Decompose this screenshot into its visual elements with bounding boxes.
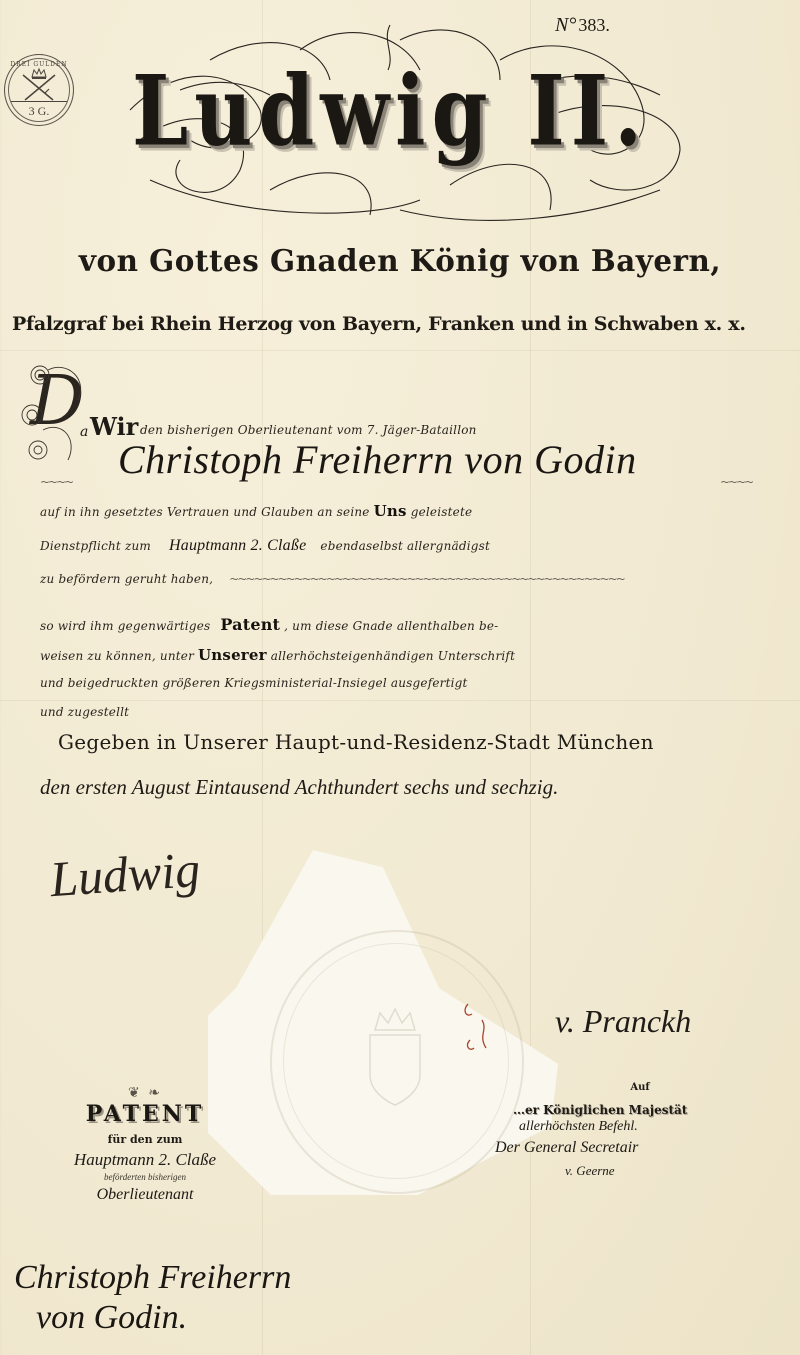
line3-text-a: auf in ihn gesetztes Vertrauen und Glaub…	[40, 505, 370, 519]
patent-word: Patent	[220, 615, 280, 634]
majestat-line: …er Königlichen Majestät	[513, 1103, 725, 1117]
line3-text-b: geleistete	[411, 505, 473, 519]
docket-line-1: für den zum	[30, 1133, 260, 1146]
date-line: den ersten August Eintausend Achthundert…	[40, 775, 558, 800]
fold-line	[0, 700, 800, 701]
docket-line-4: Oberlieutenant	[30, 1186, 260, 1204]
recipient-name: Christoph Freiherrn von Godin	[118, 436, 637, 483]
ornament-icon: ❦ ❧	[30, 1085, 260, 1101]
minister-signature: v. Pranckh	[555, 1003, 691, 1040]
body-line-5: zu befördern geruht haben, ~~~~~~~~~~~~~…	[40, 572, 624, 586]
fold-line	[0, 350, 800, 351]
stamp-divider	[11, 101, 67, 102]
red-ink-marks-icon	[460, 1000, 500, 1070]
name-ornament-left: ~~~~	[40, 475, 72, 489]
line6-text-a: so wird ihm gegenwärtiges	[40, 619, 210, 633]
stamp-value: 3 G.	[5, 104, 73, 119]
uns-word: Uns	[374, 502, 407, 520]
line6-text-b: , um diese Gnade allenthalben be-	[284, 619, 498, 633]
king-signature: Ludwig	[48, 840, 202, 908]
docket-name-line-2: von Godin.	[36, 1298, 291, 1338]
docket-title: PATENT	[30, 1101, 260, 1127]
docket-block: ❦ ❧ PATENT für den zum Hauptmann 2. Claß…	[30, 1085, 260, 1204]
line4-text-b: ebendaselbst allergnädigst	[320, 539, 490, 553]
body-line-7: weisen zu können, unter Unserer allerhöc…	[40, 646, 515, 664]
line7-text-b: allerhöchsteigenhändigen Unterschrift	[271, 649, 515, 663]
secretary-line: Der General Secretair	[495, 1139, 725, 1157]
secretary-signature: v. Geerne	[565, 1163, 725, 1179]
crown-crossed-swords-icon	[19, 67, 59, 101]
royal-style-line: von Gottes Gnaden König von Bayern,	[8, 244, 792, 279]
auf-label: Auf	[555, 1082, 725, 1093]
docket-name-line-1: Christoph Freiherrn	[14, 1258, 291, 1298]
unserer-word: Unserer	[198, 646, 267, 664]
initial-flourish-icon	[18, 360, 98, 470]
given-at-line: Gegeben in Unserer Haupt-und-Residenz-St…	[58, 730, 654, 754]
royal-titles-line: Pfalzgraf bei Rhein Herzog von Bayern, F…	[12, 313, 746, 335]
body-line-1: den bisherigen Oberlieutenant vom 7. Jäg…	[140, 423, 477, 437]
body-line-9: und zugestellt	[40, 705, 129, 719]
body-line-6: so wird ihm gegenwärtiges Patent , um di…	[40, 615, 498, 634]
body-line-8: und beigedruckten größeren Kriegsministe…	[40, 676, 468, 690]
docket-rank: Hauptmann 2. Claße	[30, 1150, 260, 1170]
coat-of-arms-icon	[355, 1005, 435, 1115]
name-ornament-right: ~~~~	[720, 475, 752, 489]
befehl-line: allerhöchsten Befehl.	[519, 1119, 725, 1135]
page-title: Ludwig II.	[130, 55, 650, 168]
line4-text-a: Dienstpflicht zum	[40, 539, 151, 553]
docket-recipient-name: Christoph Freiherrn von Godin.	[14, 1258, 291, 1338]
body-line-4: Dienstpflicht zum Hauptmann 2. Claße ebe…	[40, 537, 490, 555]
tax-stamp: DREI GULDEN 3 G.	[4, 54, 74, 126]
line7-text-a: weisen zu können, unter	[40, 649, 194, 663]
line5-text: zu befördern geruht haben,	[40, 572, 213, 586]
docket-line-3: beförderten bisherigen	[30, 1172, 260, 1182]
body-line-3: auf in ihn gesetztes Vertrauen und Glaub…	[40, 502, 472, 520]
order-block: Auf …er Königlichen Majestät allerhöchst…	[485, 1082, 725, 1179]
rank-text: Hauptmann 2. Claße	[169, 537, 306, 554]
initial-suffix: a	[80, 424, 88, 440]
